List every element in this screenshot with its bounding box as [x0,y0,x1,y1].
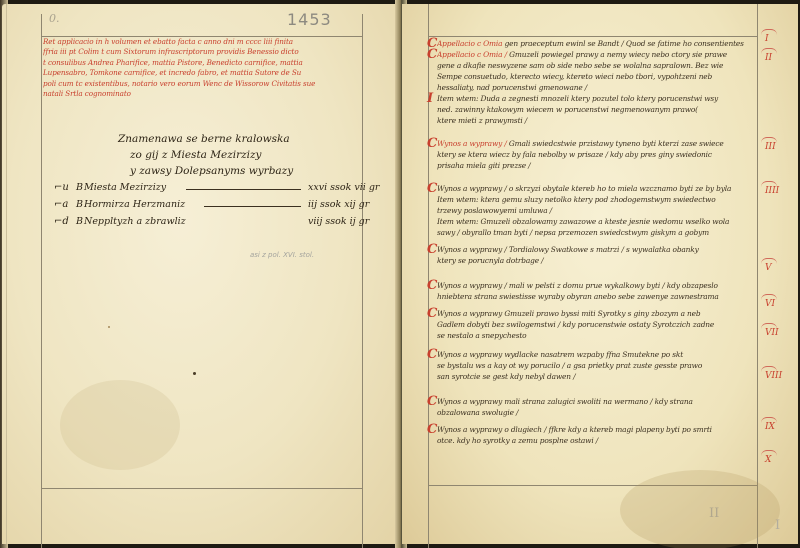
article-text: ktery se ktera wiecz by fala nebolby w p… [437,150,712,159]
article-paragraph: C Wynos a wyprawy / Gmali swiedcstwie pr… [437,138,745,171]
marginal-numeral: X [765,455,771,465]
ink-spot [193,372,196,375]
article-rubric: Appellacio c Omia / [437,50,507,59]
article-paragraph: C Wynos a wyprawy / Tordialowy Swatkowe … [437,244,745,266]
article-text: prisaha miela giti prezse / [437,161,530,170]
article-text: se nestalo a snepychesto [437,331,526,340]
article-paragraph: C Wynos a wyprawy mali strana zalugici s… [437,396,745,418]
article-rubric: Wynos a wyprawy / [437,184,507,193]
article-text: mali strana zalugici swoliti na wermano … [504,397,692,406]
entry-prefix: B [76,216,83,227]
article-rubric: Appellacio c Omia [437,39,502,48]
article-text: gene a dkafie neswyzene sam ob side nebo… [437,61,723,70]
entry-leader-line [204,206,301,207]
article-text: wydlacke nasatrem wzpaby ffna Smutekne p… [504,350,683,359]
tax-entries: ⌐u B Miesta Mezirzizy xxvi ssok vii gr ⌐… [54,182,354,233]
article-rubric: Wynos a wyprawy / [437,281,507,290]
ink-spot [108,326,110,328]
article-text: otce. kdy ho syrotky a zemu posplne osta… [437,436,598,445]
entry-amount: xxvi ssok vii gr [308,182,379,193]
red-capital: C [427,181,437,196]
tax-entry: ⌐d B Neppltyzh a zbrawliz viij ssok ij g… [54,216,354,233]
article-paragraph: C Wynos a wyprawy wydlacke nasatrem wzpa… [437,349,745,382]
tax-entry: ⌐a B Hormirza Herzmaniz iij ssok xij gr [54,199,354,216]
article-text: obzalowana swolugie / [437,408,518,417]
article-rubric: Wynos a wyprawy / [437,245,507,254]
article-rubric: Item wtem: [437,94,478,103]
article-text: ktera gemu sluzy netolko ktery pod zhodo… [481,195,716,204]
red-capital: C [427,278,437,293]
marginal-numeral: VII [765,328,779,338]
heading-line: y zawsy Dolepsanyms wyrbazy [118,163,348,179]
tax-entry: ⌐u B Miesta Mezirzizy xxvi ssok vii gr [54,182,354,199]
article-paragraph: I Item wtem: Duda a zegnesti mnozeli kte… [437,93,745,126]
marginal-numeral: II [765,53,772,63]
right-page-text: C Appellacio c Omia gen praeceptum ewinl… [437,38,745,446]
pencil-dating-note: asi z pol. XVI. stol. [250,251,314,259]
article-paragraph: C Wynos a wyprawy o dlugiech / ffkre kdy… [437,424,745,446]
folio-mark: 0. [49,12,60,25]
article-rubric: Wynos a wyprawy [437,350,502,359]
rubric-line: Ret applicacio in h volumen et ebatto fa… [43,37,361,47]
marginal-numeral: IIII [765,186,779,196]
rubric-line: t consulibus Andrea Pharifice, mattia Pi… [43,58,361,68]
red-capital: C [427,47,437,62]
article-text: san syrotcie se gest kdy nebyl dawen / [437,372,575,381]
article-text: Duda a zegnesti mnozeli ktery pozutel to… [481,94,719,103]
red-capital: C [427,422,437,437]
article-text: trzewy poslawowyemi umluwa / [437,206,552,215]
entry-amount: viij ssok ij gr [308,216,369,227]
right-page-top-rule [428,36,758,37]
article-text: Gadlem dobyti bez swilogemstwi / kdy por… [437,320,714,329]
article-rubric: Wynos a wyprawy / [437,139,507,148]
entry-prefix: B [76,199,83,210]
marginal-numeral: V [765,263,772,273]
marginal-numeral: I [765,34,769,44]
article-text: ned. zawinny ktakowym wiecem w porucenst… [437,105,698,114]
article-text: Sempe consuetudo, kterecto wiecy, kteret… [437,72,712,81]
right-page-margin-rule-right [757,4,758,548]
marginal-numeral: IX [765,422,775,432]
entry-mark: ⌐a [54,199,68,210]
red-rubric-note: Ret applicacio in h volumen et ebatto fa… [43,37,361,99]
red-capital: C [427,242,437,257]
year-annotation: 1453 [287,10,332,29]
red-capital: C [427,394,437,409]
entry-mark: ⌐u [54,182,69,193]
paper-stain [60,380,180,470]
open-manuscript: 0. 1453 Ret applicacio in h volumen et e… [0,0,800,548]
article-text: ktere mieti z prawymsti / [437,116,527,125]
article-rubric: Wynos a wyprawy [437,425,502,434]
article-text: se bystalu ws a kay ot wy porucilo / a g… [437,361,702,370]
entry-prefix: B [76,182,83,193]
article-text: Tordialowy Swatkowe s matrzi / s wywalat… [509,245,699,254]
tax-list-heading: Znamenawa se berne kralowska zo gij z Mi… [118,131,348,179]
red-capital: C [427,136,437,151]
article-paragraph: C Wynos a wyprawy Gmuzeli prawo byssi mi… [437,308,745,341]
marginal-numeral: VIII [765,371,782,381]
entry-mark: ⌐d [54,216,69,227]
article-rubric: Wynos a wyprawy [437,397,502,406]
entry-name: Hormirza Herzmaniz [84,199,185,210]
red-capital: C [427,347,437,362]
entry-name: Neppltyzh a zbrawliz [84,216,186,227]
marginal-numeral: III [765,142,776,152]
left-page-bottom-rule [41,488,363,489]
article-text: o dlugiech / ffkre kdy a ktereb magi pla… [504,425,712,434]
right-page-margin-rule-left [428,4,429,548]
left-page-margin-rule-right [362,14,363,548]
article-text: ktery se porucnyla dotrbage / [437,256,543,265]
rubric-line: ffria iii pt Colim t cum Sixtorum infras… [43,47,361,57]
article-paragraph: C Wynos a wyprawy / mali w pelsti z domu… [437,280,745,302]
article-paragraph: C Appellacio c Omia gen praeceptum ewinl… [437,38,745,49]
red-capital: I [427,91,433,106]
article-rubric: Wynos a wyprawy [437,309,502,318]
article-text: Gmuzeli prawo byssi miti Syrotky s giny … [504,309,700,318]
left-page-margin-rule-left [41,14,42,548]
article-paragraph: C Appellacio c Omia / Gmuzeli powiegel p… [437,49,745,93]
heading-line: Znamenawa se berne kralowska [118,131,348,147]
article-text: sawy / obyrallo tman byti / nepsa przemo… [437,228,709,237]
article-text: o skrzyzi obytale ktereb ho to miela wzc… [509,184,731,193]
rubric-line: Lupensabro, Tomkone carnifice, et incred… [43,68,361,78]
article-text: Gmuzeli obzalowamy zawazowe a kteste jes… [481,217,730,226]
article-text: Gmali swiedcstwie przistawy tyneno byti … [509,139,724,148]
heading-line: zo gij z Miesta Mezirzizy [118,147,348,163]
article-rubric: Item wtem: [437,217,478,226]
article-text: Gmuzeli powiegel prawy a nemy wiecy nebo… [509,50,727,59]
article-paragraph: C Wynos a wyprawy / o skrzyzi obytale kt… [437,183,745,238]
article-rubric: Item wtem: [437,195,478,204]
rubric-line: natali Srtla cognominato [43,89,361,99]
rubric-line: poli cum tc existentibus, notario vero e… [43,79,361,89]
article-text: mali w pelsti z domu prue wykalkowy byti… [509,281,718,290]
red-capital: C [427,306,437,321]
paper-stain [620,470,780,548]
entry-amount: iij ssok xij gr [308,199,369,210]
page-edge-line [6,4,7,544]
article-text: gen praeceptum ewinl se Bandt / Quod se … [505,39,745,48]
entry-name: Miesta Mezirzizy [84,182,166,193]
marginal-numeral: VI [765,299,775,309]
article-text: hniebtera strana swiestisse wyraby obyra… [437,292,719,301]
entry-leader-line [186,189,301,190]
article-text: hessaliaty, nad porucenstwi gmenowane / [437,83,587,92]
